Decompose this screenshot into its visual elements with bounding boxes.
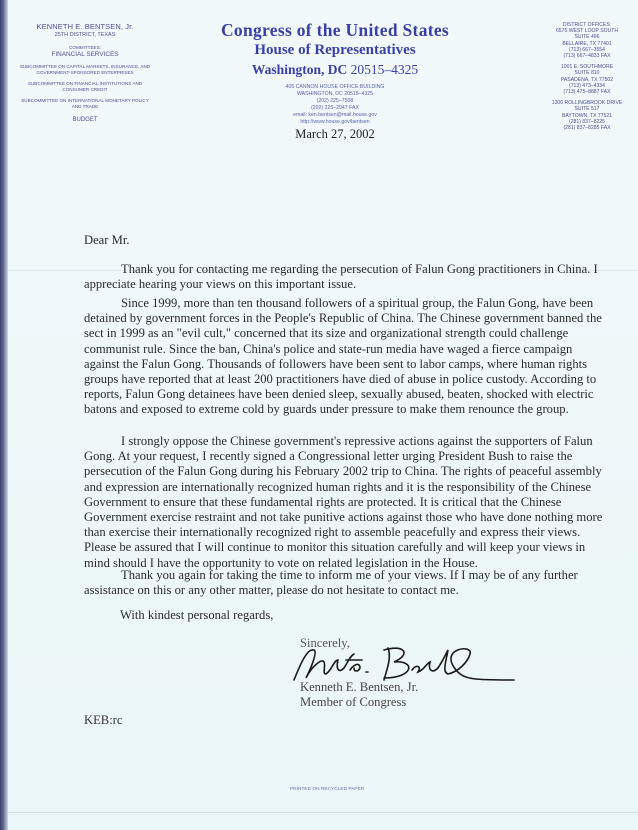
district-office-1: 6575 WEST LOOP SOUTH SUITE 496 BELLAIRE,… bbox=[540, 28, 634, 59]
office-fax: (713) 475–8887 FAX bbox=[540, 89, 634, 95]
typist-initials: KEB:rc bbox=[84, 713, 122, 728]
district-office-2: 1001 E. SOUTHMORE SUITE 810 PASADENA, TX… bbox=[540, 64, 634, 95]
dc-title: Washington, DC 20515–4325 bbox=[190, 61, 480, 79]
paragraph-3: I strongly oppose the Chinese government… bbox=[84, 434, 604, 571]
signer-title: Member of Congress bbox=[300, 695, 418, 710]
congress-title: Congress of the United States bbox=[190, 20, 480, 40]
subcommittee-3: SUBCOMMITTEE ON INTERNATIONAL MONETARY P… bbox=[18, 98, 152, 109]
dc-zip: 20515–4325 bbox=[351, 62, 419, 77]
subcommittee-1: SUBCOMMITTEE ON CAPITAL MARKETS, INSURAN… bbox=[18, 64, 152, 75]
paragraph-1: Thank you for contacting me regarding th… bbox=[84, 262, 604, 292]
recycled-paper-note: PRINTED ON RECYCLED PAPER bbox=[290, 787, 364, 792]
signer-name: Kenneth E. Bentsen, Jr. bbox=[300, 680, 418, 695]
dc-city: Washington, DC bbox=[252, 62, 347, 77]
paper-bottom-edge bbox=[8, 812, 638, 813]
letterhead-district-offices: DISTRICT OFFICES: 6575 WEST LOOP SOUTH S… bbox=[540, 22, 634, 131]
letterhead-title: Congress of the United States House of R… bbox=[190, 20, 480, 141]
paragraph-4: Thank you again for taking the time to i… bbox=[84, 568, 604, 598]
committee-budget: BUDGET bbox=[18, 117, 152, 123]
district-office-3: 1300 ROLLINGBROOK DRIVE SUITE 517 BAYTOW… bbox=[540, 100, 634, 131]
dc-office-fax: (202) 225–2947 FAX bbox=[190, 105, 480, 112]
committee-main: FINANCIAL SERVICES bbox=[18, 51, 152, 58]
member-name: KENNETH E. BENTSEN, Jr. bbox=[18, 22, 152, 31]
dc-office-building: 405 CANNON HOUSE OFFICE BUILDING bbox=[190, 84, 480, 91]
paragraph-2: Since 1999, more than ten thousand follo… bbox=[84, 296, 604, 418]
dc-office-phone: (202) 225–7508 bbox=[190, 98, 480, 105]
subcommittee-2: SUBCOMMITTEE ON FINANCIAL INSTITUTIONS A… bbox=[18, 81, 152, 92]
greeting: Dear Mr. bbox=[84, 233, 129, 248]
closing: With kindest personal regards, bbox=[120, 608, 273, 623]
dc-office-city: WASHINGTON, DC 20515–4325 bbox=[190, 91, 480, 98]
letter-date: March 27, 2002 bbox=[190, 127, 480, 141]
signature-block: Sincerely, Kenneth E. Bentsen, Jr. Membe… bbox=[300, 636, 350, 651]
office-fax: (713) 667–4833 FAX bbox=[540, 53, 634, 59]
house-title: House of Representatives bbox=[190, 41, 480, 59]
committees-label: COMMITTEES: bbox=[18, 45, 152, 50]
scanned-page-edge bbox=[0, 0, 8, 830]
dc-office-web: http://www.house.gov/bentsen bbox=[190, 119, 480, 126]
letterhead-member-info: KENNETH E. BENTSEN, Jr. 25TH DISTRICT, T… bbox=[18, 22, 152, 123]
dc-office-email: email: ken.bentsen@mail.house.gov bbox=[190, 112, 480, 119]
office-fax: (281) 837–8285 FAX bbox=[540, 125, 634, 131]
member-district: 25TH DISTRICT, TEXAS bbox=[18, 32, 152, 38]
signer: Kenneth E. Bentsen, Jr. Member of Congre… bbox=[300, 680, 418, 710]
